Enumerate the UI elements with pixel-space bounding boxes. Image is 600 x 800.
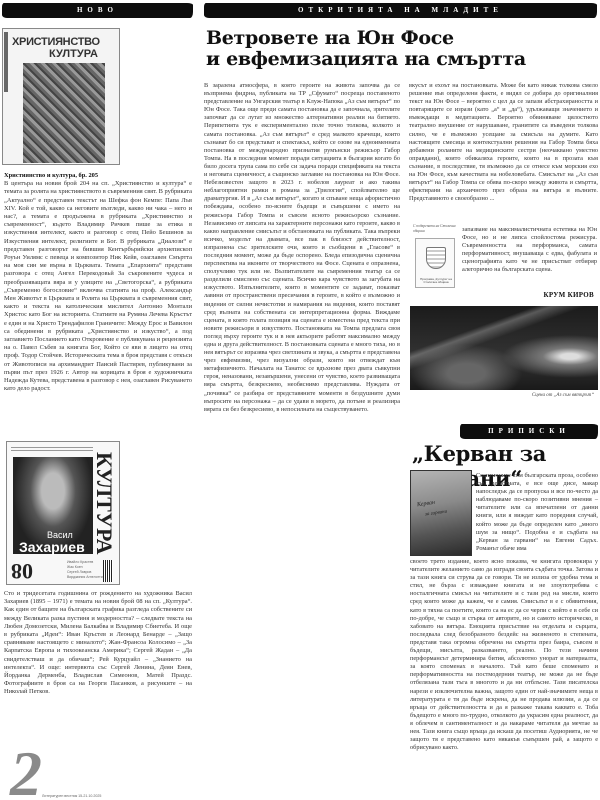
news-item-body: В центъра на новия брой 204 на сп. „Хрис… <box>4 180 192 393</box>
cover-issue-number: 08 <box>11 558 33 584</box>
cover-header-line <box>11 447 93 451</box>
crest-icon <box>426 247 446 269</box>
book-title-script: Керван <box>417 500 436 508</box>
news-item-kultura: Сто и тридесетата годишнина от рождениет… <box>4 590 192 697</box>
article-column-2: вкусът и ехоът на постановката. Може би … <box>409 82 598 227</box>
toc-line: Вирджиния Агнелотти <box>67 575 103 580</box>
review-text-top: Скептичните към българската проза, особе… <box>476 472 598 553</box>
cover-name-last: Захариев <box>19 539 85 555</box>
cover-artwork <box>23 63 105 163</box>
article-ending: запазване на максималистичната естетика … <box>462 226 597 275</box>
barcode <box>103 560 113 582</box>
section-band-notes: ПРИПИСКИ <box>460 424 598 439</box>
sponsor-box: С подкрепата на Столична община Програма… <box>413 224 457 290</box>
cover-title-line1: ХРИСТИЯНСТВО <box>12 36 100 48</box>
photo-caption: Сцена от „Аз съм вятърът“ <box>532 393 594 398</box>
headline-line2: и евфемизацията на смъртта <box>206 49 596 70</box>
crest-label: Програма „Култура“ на Столична община <box>417 278 455 285</box>
sofia-municipality-crest: Програма „Култура“ на Столична община <box>415 238 455 288</box>
magazine-cover-kultura: Васил Захариев КУЛТУРА 08 Ивайло Крастев… <box>6 441 120 585</box>
section-band-young-discoveries: ОТКРИТИЯТА НА МЛАДИТЕ <box>204 3 597 18</box>
book-title-script-2: за гарвани <box>425 509 448 517</box>
cover-brand: КУЛТУРА <box>93 452 117 552</box>
article-headline: Ветровете на Юн Фосе и евфемизацията на … <box>206 28 596 70</box>
headline-line1: Ветровете на Юн Фосе <box>206 28 596 49</box>
cover-toc: Ивайло Крастев Жак Коен Сергей Лавров Ви… <box>67 560 103 580</box>
book-cover: Керван за гарвани <box>410 470 472 556</box>
magazine-cover-christianity-culture: ХРИСТИЯНСТВО КУЛТУРА <box>2 28 120 165</box>
page-number: 2 <box>10 742 42 800</box>
cover-spine <box>4 32 8 92</box>
news-item-heading: Християнство и култура, бр. 205 <box>4 172 192 180</box>
sponsor-caption: С подкрепата на Столична община <box>413 224 457 233</box>
footer-issue-info: Литературен вестник 15-21.10.2025 <box>42 794 101 798</box>
review-text-bottom: своето трето издание, което ясно показва… <box>410 558 598 798</box>
section-band-new: НОВО <box>2 3 193 18</box>
cover-title-line2: КУЛТУРА <box>49 48 98 60</box>
article-column-1: В заразена атмосфера, в която героите на… <box>204 82 400 797</box>
article-author: КРУМ КИРОВ <box>543 291 594 299</box>
news-item-christianity-culture: Християнство и култура, бр. 205 В център… <box>4 172 192 393</box>
stage-photo <box>410 306 598 390</box>
